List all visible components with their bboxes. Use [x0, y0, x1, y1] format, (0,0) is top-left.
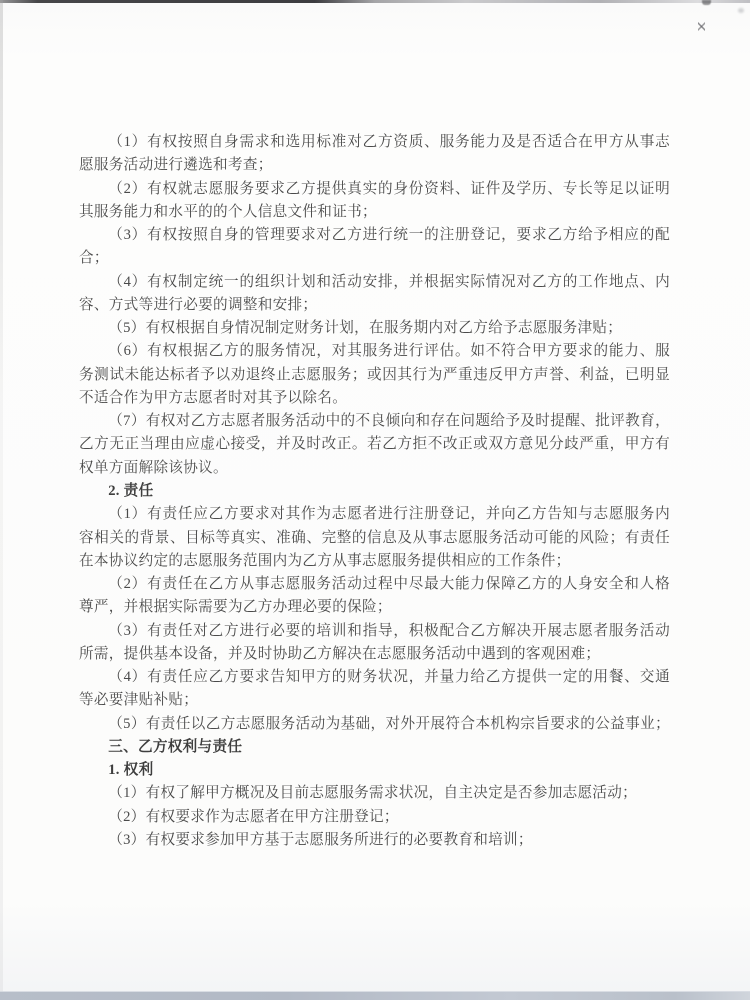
text-line: 在本协议约定的志愿服务范围内为乙方从事志愿服务提供相应的工作条件； — [79, 550, 670, 573]
text-line: （3）有权要求参加甲方基于志愿服务所进行的必要教育和培训； — [79, 829, 670, 852]
text-line: 务测试未能达标者予以劝退终止志愿服务；或因其行为严重违反甲方声誉、利益，已明显 — [79, 364, 670, 387]
text-line: （5）有权根据自身情况制定财务计划，在服务期内对乙方给予志愿服务津贴； — [79, 317, 670, 340]
text-line: （7）有权对乙方志愿者服务活动中的不良倾向和存在问题给予及时提醒、批评教育， — [79, 410, 670, 433]
scan-top-edge-artifact — [0, 0, 750, 3]
heading-line: 2. 责任 — [79, 480, 670, 503]
text-line: 其服务能力和水平的的个人信息文件和证书； — [79, 201, 670, 224]
text-line: （1）有权按照自身需求和选用标准对乙方资质、服务能力及是否适合在甲方从事志 — [79, 131, 670, 154]
heading-line: 1. 权利 — [79, 759, 670, 782]
text-line: （4）有责任应乙方要求告知甲方的财务状况，并量力给乙方提供一定的用餐、交通 — [79, 666, 670, 689]
text-line: 不适合作为甲方志愿者时对其予以除名。 — [79, 387, 670, 410]
text-line: （3）有权按照自身的管理要求对乙方进行统一的注册登记，要求乙方给予相应的配 — [79, 224, 670, 247]
scan-speck-artifact — [738, 8, 744, 13]
text-line: 容相关的背景、目标等真实、准确、完整的信息及从事志愿服务活动可能的风险；有责任 — [79, 527, 670, 550]
text-line: 合； — [79, 247, 670, 270]
document-text-block: （1）有权按照自身需求和选用标准对乙方资质、服务能力及是否适合在甲方从事志愿服务… — [79, 131, 670, 852]
text-line: 愿服务活动进行遴选和考查； — [79, 154, 670, 177]
scan-speck-artifact — [698, 22, 705, 31]
text-line: 容、方式等进行必要的调整和安排； — [79, 294, 670, 317]
text-line: （6）有权根据乙方的服务情况，对其服务进行评估。如不符合甲方要求的能力、服 — [79, 340, 670, 363]
text-line: （3）有责任对乙方进行必要的培训和指导，积极配合乙方解决开展志愿者服务活动 — [79, 620, 670, 643]
scan-top-notch-artifact — [702, 0, 711, 5]
heading-line: 三、乙方权利与责任 — [79, 736, 670, 759]
text-line: 乙方无正当理由应虚心接受，并及时改正。若乙方拒不改正或双方意见分歧严重，甲方有 — [79, 433, 670, 456]
scan-bottom-band-artifact — [0, 992, 750, 1000]
text-line: 权单方面解除该协议。 — [79, 457, 670, 480]
text-line: 所需，提供基本设备，并及时协助乙方解决在志愿服务活动中遇到的客观困难； — [79, 643, 670, 666]
text-line: （4）有权制定统一的组织计划和活动安排，并根据实际情况对乙方的工作地点、内 — [79, 271, 670, 294]
text-line: （5）有责任以乙方志愿服务活动为基础，对外开展符合本机构宗旨要求的公益事业； — [79, 713, 670, 736]
text-line: 等必要津贴补贴； — [79, 689, 670, 712]
text-line: 尊严，并根据实际需要为乙方办理必要的保险； — [79, 596, 670, 619]
text-line: （2）有权就志愿服务要求乙方提供真实的身份资料、证件及学历、专长等足以证明 — [79, 178, 670, 201]
text-line: （1）有权了解甲方概况及目前志愿服务需求状况，自主决定是否参加志愿活动； — [79, 782, 670, 805]
text-line: （2）有责任在乙方从事志愿服务活动过程中尽最大能力保障乙方的人身安全和人格 — [79, 573, 670, 596]
scan-left-edge-shadow — [0, 0, 3, 1000]
text-line: （2）有权要求作为志愿者在甲方注册登记； — [79, 806, 670, 829]
scanned-document-page: （1）有权按照自身需求和选用标准对乙方资质、服务能力及是否适合在甲方从事志愿服务… — [0, 0, 750, 1000]
text-line: （1）有责任应乙方要求对其作为志愿者进行注册登记，并向乙方告知与志愿服务内 — [79, 503, 670, 526]
